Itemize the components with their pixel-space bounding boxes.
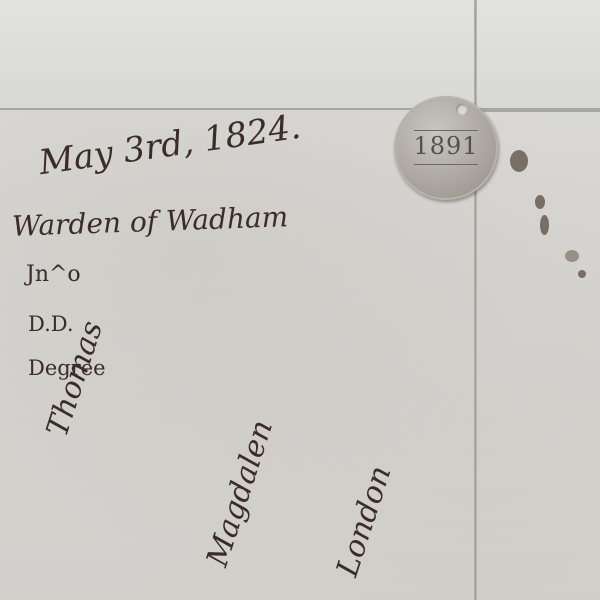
- envelope-flap: [0, 0, 600, 110]
- coin-engraved-line: [414, 130, 478, 131]
- handwritten-title: Warden of Wadham: [12, 200, 289, 243]
- ink-stain: [510, 150, 528, 172]
- photograph: May 3rd, 1824. Warden of Wadham Jn^o D.D…: [0, 0, 600, 600]
- coin-engraved-line: [414, 164, 478, 165]
- handwritten-dd: D.D.: [28, 312, 74, 336]
- ink-stain: [535, 195, 545, 209]
- paper-fold-vertical: [474, 0, 477, 600]
- handwritten-vertical-magdalen: Magdalen: [200, 416, 280, 571]
- handwritten-date: May 3rd, 1824.: [36, 107, 303, 183]
- coin-year: 1891: [394, 132, 498, 160]
- ink-stain: [565, 250, 579, 262]
- coin-hole: [456, 104, 467, 115]
- paper-fold-horizontal: [476, 110, 600, 112]
- ink-stain: [540, 215, 549, 235]
- handwritten-jno: Jn^o: [26, 262, 81, 287]
- handwritten-vertical-london: London: [330, 462, 398, 581]
- engraved-coin: 1891: [394, 96, 498, 200]
- ink-stain: [578, 270, 586, 278]
